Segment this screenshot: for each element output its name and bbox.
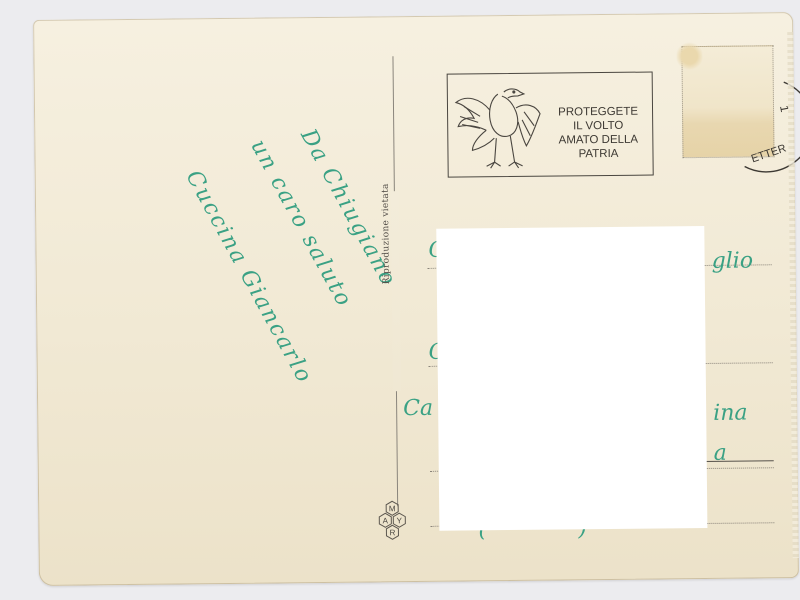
divider-gap [391,191,401,391]
postmark-icon: 1 ETTER [714,70,800,176]
svg-text:Y: Y [397,516,403,525]
slogan-text: PROTEGGETE IL VOLTO AMATO DELLA PATRIA [544,105,653,162]
slogan-cancel: PROTEGGETE IL VOLTO AMATO DELLA PATRIA [447,72,654,178]
svg-text:A: A [383,516,389,525]
address-fragment: a [714,441,727,466]
svg-text:R: R [390,528,396,537]
address-fragment: Ca [403,396,433,421]
svg-text:1: 1 [777,104,792,113]
mayr-logo-icon: M A Y R [372,496,413,546]
address-fragment: glio [711,248,753,273]
svg-text:M: M [389,504,396,513]
postcard: Da Chiugiano un caro saluto Cuccina Gian… [33,12,799,586]
reproduction-notice: Riproduzione vietata [381,183,392,284]
address-redaction [436,226,707,531]
address-fragment: ina [713,401,748,426]
svg-text:ETTER: ETTER [750,142,788,165]
eagle-icon [450,76,547,175]
